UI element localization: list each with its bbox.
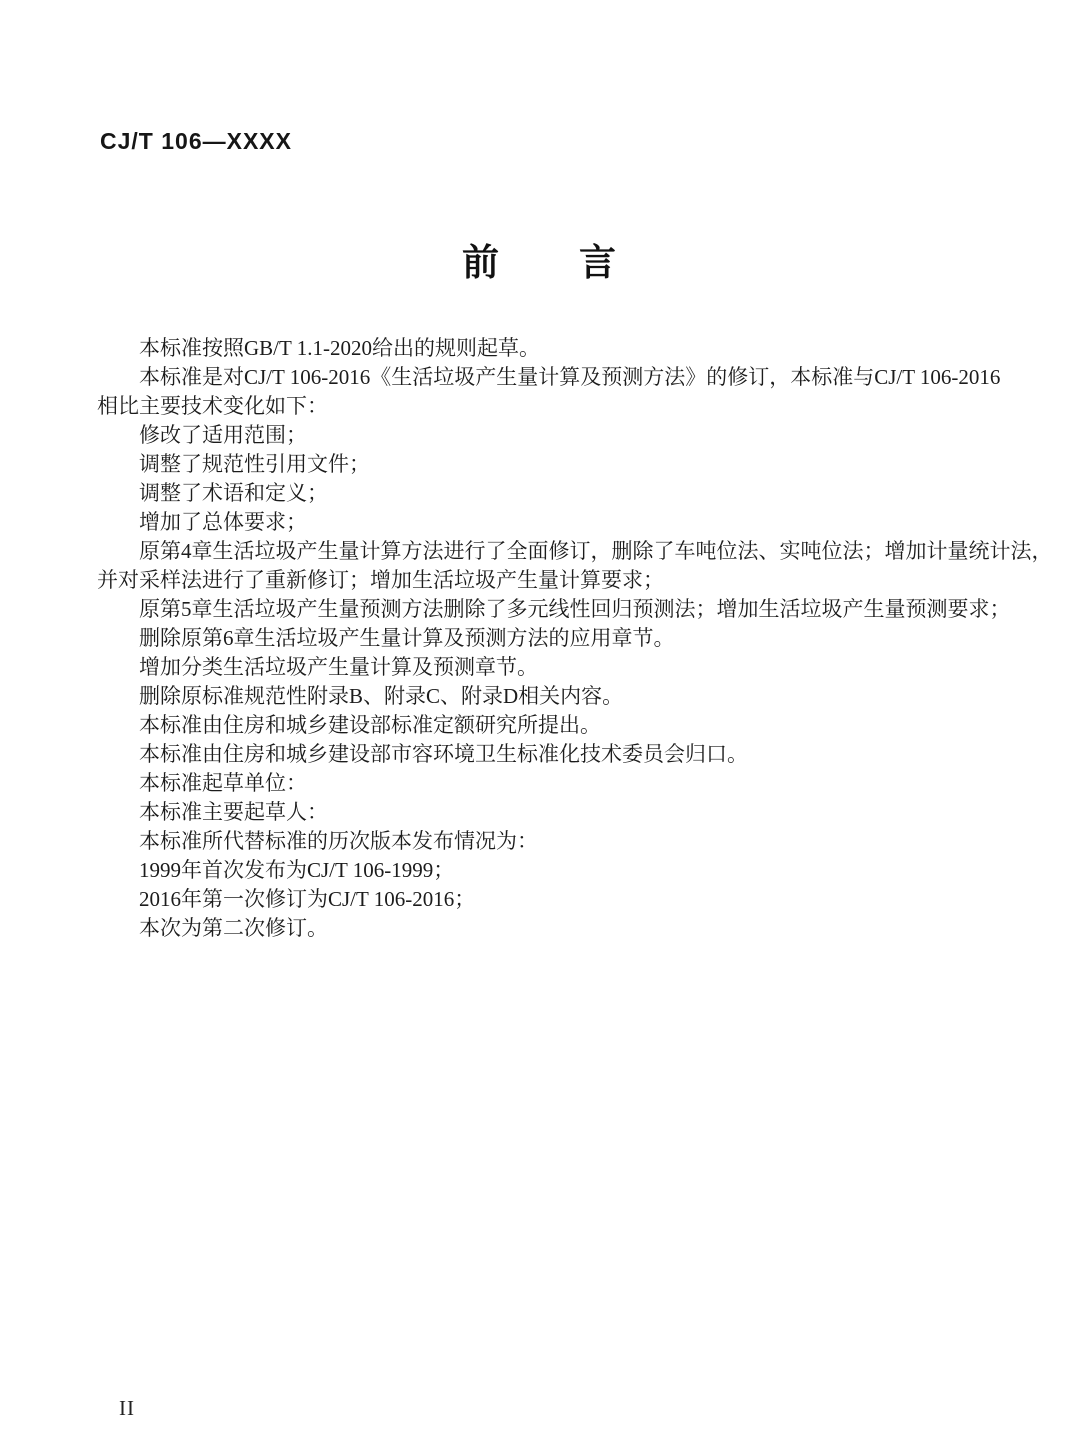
foreword-line: 增加了总体要求； bbox=[97, 508, 989, 537]
foreword-title: 前 言 bbox=[0, 232, 1080, 286]
foreword-line: 1999年首次发布为CJ/T 106-1999； bbox=[97, 856, 989, 885]
foreword-line: 删除原标准规范性附录B、附录C、附录D相关内容。 bbox=[97, 682, 989, 711]
foreword-line: 原第5章生活垃圾产生量预测方法删除了多元线性回归预测法；增加生活垃圾产生量预测要… bbox=[97, 595, 989, 624]
foreword-line: 相比主要技术变化如下： bbox=[97, 392, 989, 421]
foreword-line: 本标准起草单位： bbox=[97, 769, 989, 798]
foreword-line: 本标准由住房和城乡建设部标准定额研究所提出。 bbox=[97, 711, 989, 740]
foreword-line: 本标准主要起草人： bbox=[97, 798, 989, 827]
document-page: CJ/T 106—XXXX 前 言 本标准按照GB/T 1.1-2020给出的规… bbox=[0, 0, 1080, 1455]
foreword-line: 调整了规范性引用文件； bbox=[97, 450, 989, 479]
standard-number: CJ/T 106—XXXX bbox=[100, 128, 292, 155]
foreword-line: 删除原第6章生活垃圾产生量计算及预测方法的应用章节。 bbox=[97, 624, 989, 653]
page-number: II bbox=[119, 1396, 135, 1421]
foreword-line: 2016年第一次修订为CJ/T 106-2016； bbox=[97, 885, 989, 914]
foreword-line: 并对采样法进行了重新修订；增加生活垃圾产生量计算要求； bbox=[97, 566, 989, 595]
foreword-line: 原第4章生活垃圾产生量计算方法进行了全面修订，删除了车吨位法、实吨位法；增加计量… bbox=[97, 537, 989, 566]
foreword-line: 本标准由住房和城乡建设部市容环境卫生标准化技术委员会归口。 bbox=[97, 740, 989, 769]
foreword-line: 增加分类生活垃圾产生量计算及预测章节。 bbox=[97, 653, 989, 682]
foreword-line: 本次为第二次修订。 bbox=[97, 914, 989, 943]
foreword-line: 本标准是对CJ/T 106-2016《生活垃圾产生量计算及预测方法》的修订，本标… bbox=[97, 363, 989, 392]
foreword-line: 调整了术语和定义； bbox=[97, 479, 989, 508]
foreword-body: 本标准按照GB/T 1.1-2020给出的规则起草。本标准是对CJ/T 106-… bbox=[97, 334, 989, 943]
foreword-line: 本标准所代替标准的历次版本发布情况为： bbox=[97, 827, 989, 856]
foreword-line: 修改了适用范围； bbox=[97, 421, 989, 450]
foreword-line: 本标准按照GB/T 1.1-2020给出的规则起草。 bbox=[97, 334, 989, 363]
